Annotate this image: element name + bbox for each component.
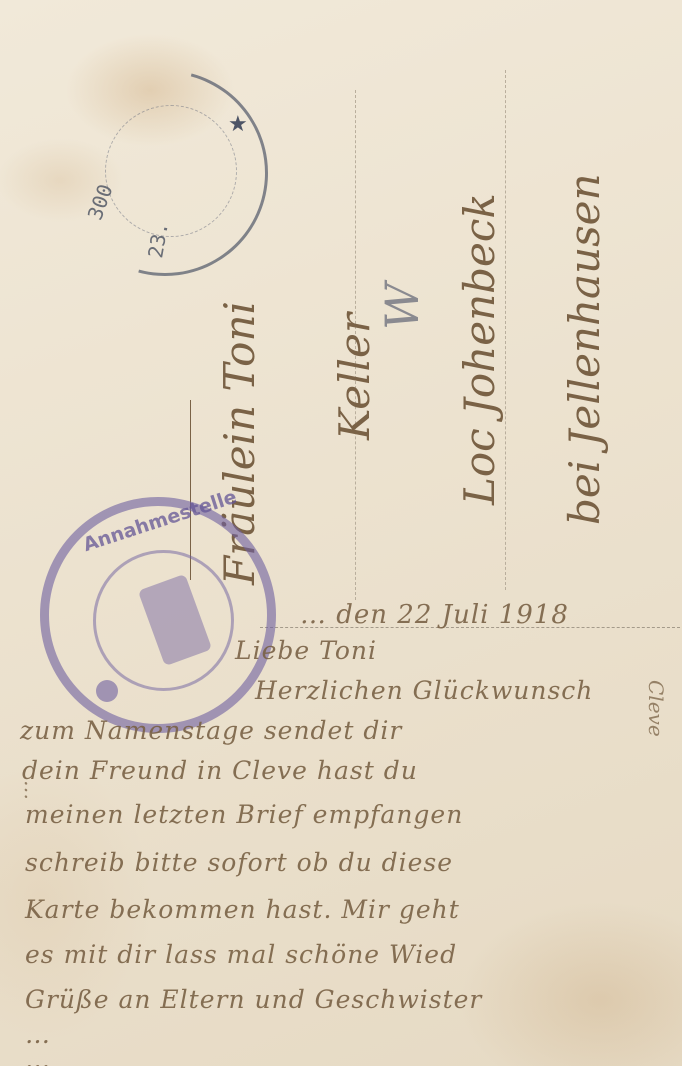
address-line-4: bei Jellenhausen	[560, 173, 609, 525]
pencil-mark: W	[375, 283, 429, 330]
margin-note-right: Cleve	[644, 680, 668, 737]
address-rule	[505, 70, 506, 590]
message-line: dein Freund in Cleve hast du	[22, 756, 418, 785]
star-icon: ★	[228, 112, 248, 137]
address-line-2: Keller	[330, 313, 379, 440]
message-line: Grüße an Eltern und Geschwister	[25, 985, 482, 1014]
message-line: Liebe Toni	[235, 636, 377, 665]
address-line-3: Loc Johenbeck	[455, 193, 504, 505]
margin-note-left: …	[8, 780, 32, 800]
message-line: zum Namenstage sendet dir	[20, 716, 402, 745]
message-line: …	[25, 1045, 51, 1066]
message-line: schreib bitte sofort ob du diese	[25, 848, 453, 877]
message-line: Karte bekommen hast. Mir geht	[25, 895, 460, 924]
message-line: meinen letzten Brief empfangen	[25, 800, 463, 829]
message-line: es mit dir lass mal schöne Wied	[25, 940, 457, 969]
postmark-inner-ring	[105, 105, 237, 237]
message-line: Herzlichen Glückwunsch	[255, 676, 593, 705]
message-date: … den 22 Juli 1918	[300, 600, 569, 630]
censor-stamp-dot	[96, 680, 118, 702]
postcard: 300 23. ★ Fräulein Toni Keller W Loc Joh…	[0, 0, 682, 1066]
